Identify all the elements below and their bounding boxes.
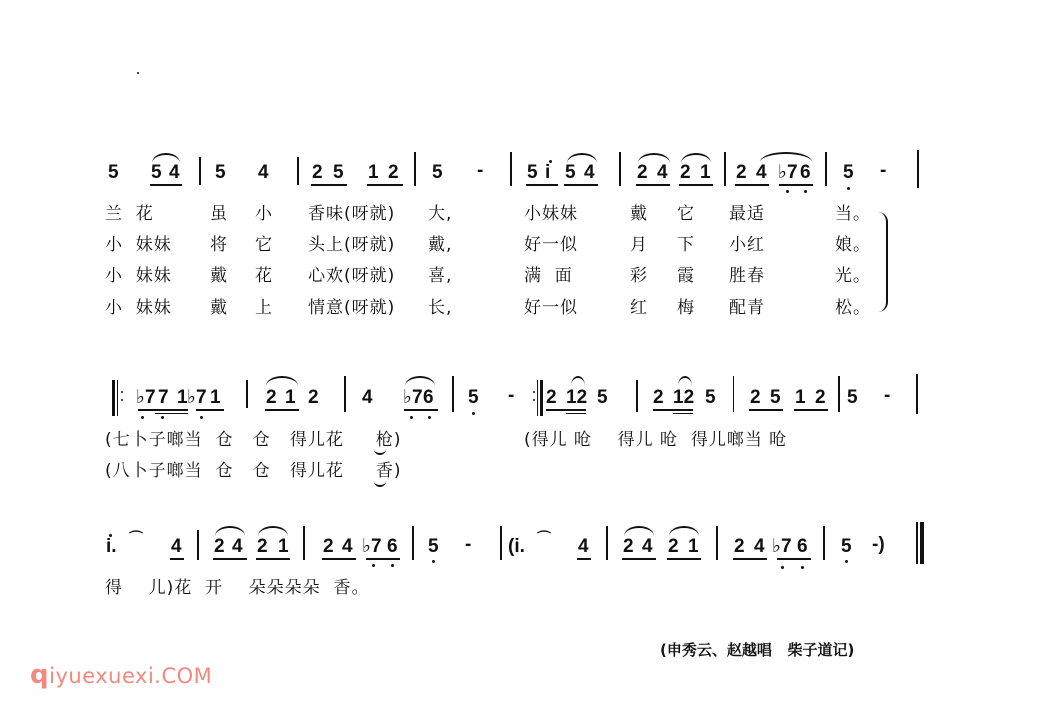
note: 5 — [705, 388, 716, 408]
note: 2 — [308, 388, 319, 408]
underline — [564, 184, 598, 186]
lyric-row: 得 儿)花 开 朵朵朵朵 香。 — [105, 578, 369, 598]
underline — [138, 409, 188, 411]
underline — [667, 558, 701, 560]
barline — [619, 152, 621, 186]
low-dot — [472, 412, 475, 415]
lyric: 梅 — [677, 298, 695, 318]
underline — [196, 409, 224, 411]
lyric: 虽 — [210, 204, 228, 224]
note: 6 — [797, 537, 808, 557]
lyric: 光。 — [835, 266, 871, 286]
underline — [794, 409, 828, 411]
note: 4 — [258, 163, 269, 183]
underline — [636, 184, 670, 186]
lyric: 香味(呀就) — [308, 204, 395, 224]
underline — [733, 558, 767, 560]
note: 5 — [770, 388, 781, 408]
note: 5 — [527, 163, 538, 183]
lyric: 满 面 — [524, 266, 573, 286]
breath-mark-icon: ⌒ — [129, 528, 143, 548]
low-dot — [372, 564, 375, 567]
dash: - — [508, 386, 514, 406]
low-dot — [410, 416, 413, 419]
repeat-dot — [533, 399, 535, 401]
lyric: 好一似 — [524, 235, 578, 255]
note: 12 — [673, 388, 694, 408]
low-dot — [845, 560, 848, 563]
slur — [638, 153, 670, 163]
low-dot — [428, 416, 431, 419]
note: 6 — [387, 537, 398, 557]
note: 4 — [754, 537, 765, 557]
watermark-text: iyuexuexi.COM — [49, 664, 212, 688]
note: 6 — [800, 163, 811, 183]
barline — [414, 152, 416, 186]
lyric: 喜, — [428, 266, 452, 286]
note: 2 — [637, 163, 648, 183]
note: 4 — [657, 163, 668, 183]
low-dot — [161, 416, 164, 419]
note: 5 — [428, 537, 439, 557]
dash: - — [880, 161, 886, 181]
final-bar-thick — [920, 522, 924, 564]
barline — [916, 374, 918, 414]
lyric: 下 — [677, 235, 695, 255]
lyric-row: (得儿 呛 得儿 呛 得儿啷当 呛 — [524, 430, 787, 450]
slur — [760, 152, 812, 162]
barline — [246, 380, 248, 408]
slur — [152, 153, 180, 163]
lyric: 好一似 — [524, 298, 578, 318]
underline — [673, 413, 693, 414]
low-dot — [432, 560, 435, 563]
barline — [510, 152, 512, 186]
lyric: 心欢(呀就) — [308, 266, 395, 286]
note: 2 — [653, 388, 664, 408]
note: 4 — [362, 388, 373, 408]
barline — [606, 526, 608, 560]
lyric: 戴, — [428, 235, 452, 255]
note: (i. — [508, 537, 525, 557]
watermark-logo-q: q — [30, 660, 49, 690]
slur — [567, 153, 597, 163]
lyric: 最适 — [729, 204, 765, 224]
slur — [669, 526, 699, 536]
underline — [546, 409, 586, 411]
note: 4 — [584, 163, 595, 183]
note: 2 — [388, 163, 399, 183]
slur — [215, 526, 245, 536]
lyric: 兰 花 — [105, 204, 154, 224]
lyric: 花 — [255, 266, 273, 286]
barline — [825, 152, 827, 186]
barline — [344, 376, 346, 412]
note: 2 — [623, 537, 634, 557]
note: 7 — [158, 388, 169, 408]
barline — [500, 526, 502, 560]
underline — [322, 558, 356, 560]
lyric: 月 — [630, 235, 648, 255]
note: ♭7 — [362, 537, 382, 557]
lyric: 长, — [428, 298, 452, 318]
lyric: 松。 — [835, 298, 871, 318]
low-dot — [804, 190, 807, 193]
lyric: 小妹妹 — [524, 204, 578, 224]
dash: - — [884, 386, 890, 406]
lyric: 娘。 — [835, 235, 871, 255]
lyric: 戴 — [630, 204, 648, 224]
note: 2 — [323, 537, 334, 557]
underline — [366, 558, 400, 560]
repeat-end-thin — [537, 380, 538, 416]
note: ♭7 — [136, 388, 156, 408]
note: 2 — [815, 388, 826, 408]
low-dot — [801, 566, 804, 569]
note: 5 — [597, 388, 608, 408]
repeat-start-thick — [112, 380, 115, 416]
slur — [678, 376, 692, 386]
stray-mark — [137, 72, 139, 74]
barline — [303, 526, 305, 560]
high-dot — [109, 534, 112, 537]
underline — [256, 558, 290, 560]
breath-mark-icon: ⌒ — [537, 528, 551, 548]
note: 2 — [750, 388, 761, 408]
note: 12 — [566, 388, 587, 408]
low-dot — [786, 190, 789, 193]
note: i. — [106, 537, 117, 557]
note: 5 — [151, 163, 162, 183]
dash: -) — [872, 535, 885, 555]
note: ♭7 — [187, 388, 207, 408]
slur — [405, 376, 435, 386]
repeat-end-thick — [540, 380, 543, 416]
note: 4 — [578, 537, 589, 557]
underline — [526, 184, 558, 186]
note: 1 — [688, 537, 699, 557]
note: 2 — [736, 163, 747, 183]
note: 5 — [432, 163, 443, 183]
note: 4 — [756, 163, 767, 183]
lyric: 戴 — [210, 298, 228, 318]
underline — [170, 558, 184, 560]
lyric: 配青 — [729, 298, 765, 318]
final-bar-thin — [916, 522, 918, 564]
lyric: 小 妹妹 — [105, 266, 172, 286]
note: 2 — [266, 388, 277, 408]
underline — [150, 184, 182, 186]
note: 4 — [642, 537, 653, 557]
note: 2 — [734, 537, 745, 557]
tie-mark — [374, 480, 386, 487]
slur — [624, 526, 654, 536]
low-dot — [141, 416, 144, 419]
credit-text: (申秀云、赵越唱 柴子道记) — [660, 639, 854, 660]
note: 5 — [108, 163, 119, 183]
lyric: 它 — [255, 235, 273, 255]
note: 1 — [177, 388, 188, 408]
note: 6 — [423, 388, 434, 408]
underline — [311, 184, 347, 186]
slur — [571, 376, 585, 386]
lyric: 胜春 — [729, 266, 765, 286]
lyric: 将 — [210, 235, 228, 255]
note: 2 — [668, 537, 679, 557]
barline — [838, 376, 840, 412]
note: 1 — [210, 388, 221, 408]
underline — [367, 184, 403, 186]
lyric-row: (八卜子啷当 仓 仓 得儿花 香) — [105, 461, 402, 481]
underline — [777, 558, 811, 560]
note: 1 — [795, 388, 806, 408]
lyric: 当。 — [835, 204, 871, 224]
repeat-dot — [533, 391, 535, 393]
note: 2 — [546, 388, 557, 408]
slur — [681, 153, 711, 163]
underline — [749, 409, 783, 411]
note: 5 — [565, 163, 576, 183]
underline — [265, 409, 299, 411]
note: 4 — [342, 537, 353, 557]
low-dot — [200, 416, 203, 419]
note: 4 — [169, 163, 180, 183]
note: 5 — [847, 388, 858, 408]
dash: - — [477, 161, 483, 181]
note: 5 — [843, 163, 854, 183]
barline — [297, 157, 299, 185]
note: ♭7 — [772, 537, 792, 557]
verse-brace — [876, 212, 888, 312]
repeat-start-thin — [117, 380, 118, 416]
note: 1 — [700, 163, 711, 183]
low-dot — [391, 564, 394, 567]
lyric: 红 — [630, 298, 648, 318]
underline — [679, 184, 713, 186]
lyric: 戴 — [210, 266, 228, 286]
underline — [653, 409, 693, 411]
tie-mark — [374, 448, 386, 455]
note: ♭7 — [403, 388, 423, 408]
barline — [452, 376, 454, 412]
note: 5 — [468, 388, 479, 408]
note: 4 — [171, 537, 182, 557]
barline — [823, 526, 825, 560]
lyric: 小红 — [729, 235, 765, 255]
underline — [577, 558, 591, 560]
low-dot — [781, 566, 784, 569]
watermark: qiyuexuexi.COM — [30, 660, 212, 690]
lyric: 彩 — [630, 266, 648, 286]
underline — [622, 558, 656, 560]
note: 1 — [368, 163, 379, 183]
underline — [779, 184, 813, 186]
barline — [197, 530, 199, 560]
lyric: 小 妹妹 — [105, 235, 172, 255]
repeat-dot — [121, 391, 123, 393]
note: 1 — [278, 537, 289, 557]
note: 1 — [285, 388, 296, 408]
underline — [735, 184, 769, 186]
lyric: 它 — [677, 204, 695, 224]
barline — [724, 152, 726, 186]
lyric: 头上(呀就) — [308, 235, 395, 255]
barline — [636, 380, 638, 412]
lyric: 大, — [428, 204, 452, 224]
underline — [213, 558, 247, 560]
note: 2 — [257, 537, 268, 557]
note: 2 — [312, 163, 323, 183]
low-dot — [847, 187, 850, 190]
note: 4 — [232, 537, 243, 557]
barline — [716, 526, 718, 560]
note: 5 — [333, 163, 344, 183]
lyric-row: (七卜子啷当 仓 仓 得儿花 枪) — [105, 430, 402, 450]
note: 5 — [841, 537, 852, 557]
barline — [917, 150, 919, 188]
barline — [199, 157, 201, 185]
repeat-dot — [121, 399, 123, 401]
high-dot — [549, 160, 552, 163]
note: 5 — [215, 163, 226, 183]
slur — [258, 526, 288, 536]
lyric: 霞 — [677, 266, 695, 286]
lyric: 小 妹妹 — [105, 298, 172, 318]
underline — [155, 413, 188, 414]
slur — [266, 376, 298, 386]
barline — [733, 376, 734, 412]
lyric: 上 — [255, 298, 273, 318]
dash: - — [465, 535, 471, 555]
lyric: 情意(呀就) — [308, 298, 395, 318]
note: 2 — [214, 537, 225, 557]
note: 2 — [680, 163, 691, 183]
underline — [566, 413, 586, 414]
underline — [404, 409, 438, 411]
note: ♭7 — [778, 163, 798, 183]
barline — [412, 526, 414, 560]
note: i — [545, 163, 550, 183]
lyric: 小 — [255, 204, 273, 224]
